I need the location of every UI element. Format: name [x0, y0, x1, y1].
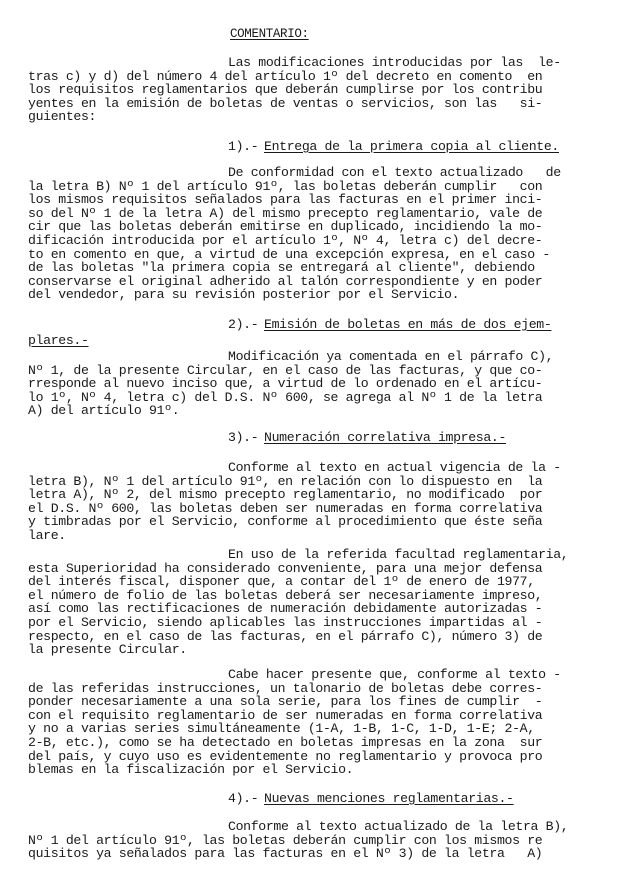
- section-title: Nuevas menciones reglamentarias.-: [264, 792, 514, 806]
- paragraph-line: De conformidad con el texto actualizado …: [228, 166, 561, 180]
- paragraph-line: y timbradas por el Servicio, conforme al…: [28, 515, 542, 529]
- section-number: 1).-: [228, 140, 258, 154]
- paragraph-line: En uso de la referida facultad reglament…: [228, 548, 568, 562]
- paragraph-line: Conforme al texto en actual vigencia de …: [228, 461, 561, 475]
- intro-line: guientes:: [28, 110, 96, 124]
- intro-line: yentes en la emisión de boletas de venta…: [28, 97, 542, 111]
- document-heading: COMENTARIO:: [230, 27, 309, 41]
- document-page: COMENTARIO: Las modificaciones introduci…: [0, 0, 630, 888]
- section-number: 3).-: [228, 431, 258, 445]
- paragraph-line: la presente Circular.: [28, 643, 187, 657]
- paragraph-line: Conforme al texto actualizado de la letr…: [228, 820, 568, 834]
- section-number: 4).-: [228, 792, 258, 806]
- paragraph-line: 2-B, etc.), como se ha detectado en bole…: [28, 736, 542, 750]
- section-title: Entrega de la primera copia al cliente.: [264, 140, 559, 154]
- section-number: 2).-: [228, 318, 258, 332]
- paragraph-line: del vendedor, para su revisión posterior…: [28, 288, 459, 302]
- intro-line: Las modificaciones introducidas por las …: [228, 56, 561, 70]
- paragraph-line: lare.: [28, 529, 66, 543]
- section-title: Numeración correlativa impresa.-: [264, 431, 506, 445]
- paragraph-line: quisitos ya señalados para las facturas …: [28, 847, 542, 861]
- paragraph-line: Cabe hacer presente que, conforme al tex…: [228, 668, 561, 682]
- paragraph-line: Modificación ya comentada en el párrafo …: [228, 350, 553, 364]
- paragraph-line: por el Servicio, siendo aplicables las i…: [28, 616, 542, 630]
- section-title-continued: plares.-: [28, 334, 89, 348]
- section-title: Emisión de boletas en más de dos ejem-: [264, 318, 551, 332]
- paragraph-line: blemas en la fiscalización por el Servic…: [28, 763, 353, 777]
- paragraph-line: dificación introducida por el artículo 1…: [28, 234, 542, 248]
- paragraph-line: A) del artículo 91º.: [28, 404, 179, 418]
